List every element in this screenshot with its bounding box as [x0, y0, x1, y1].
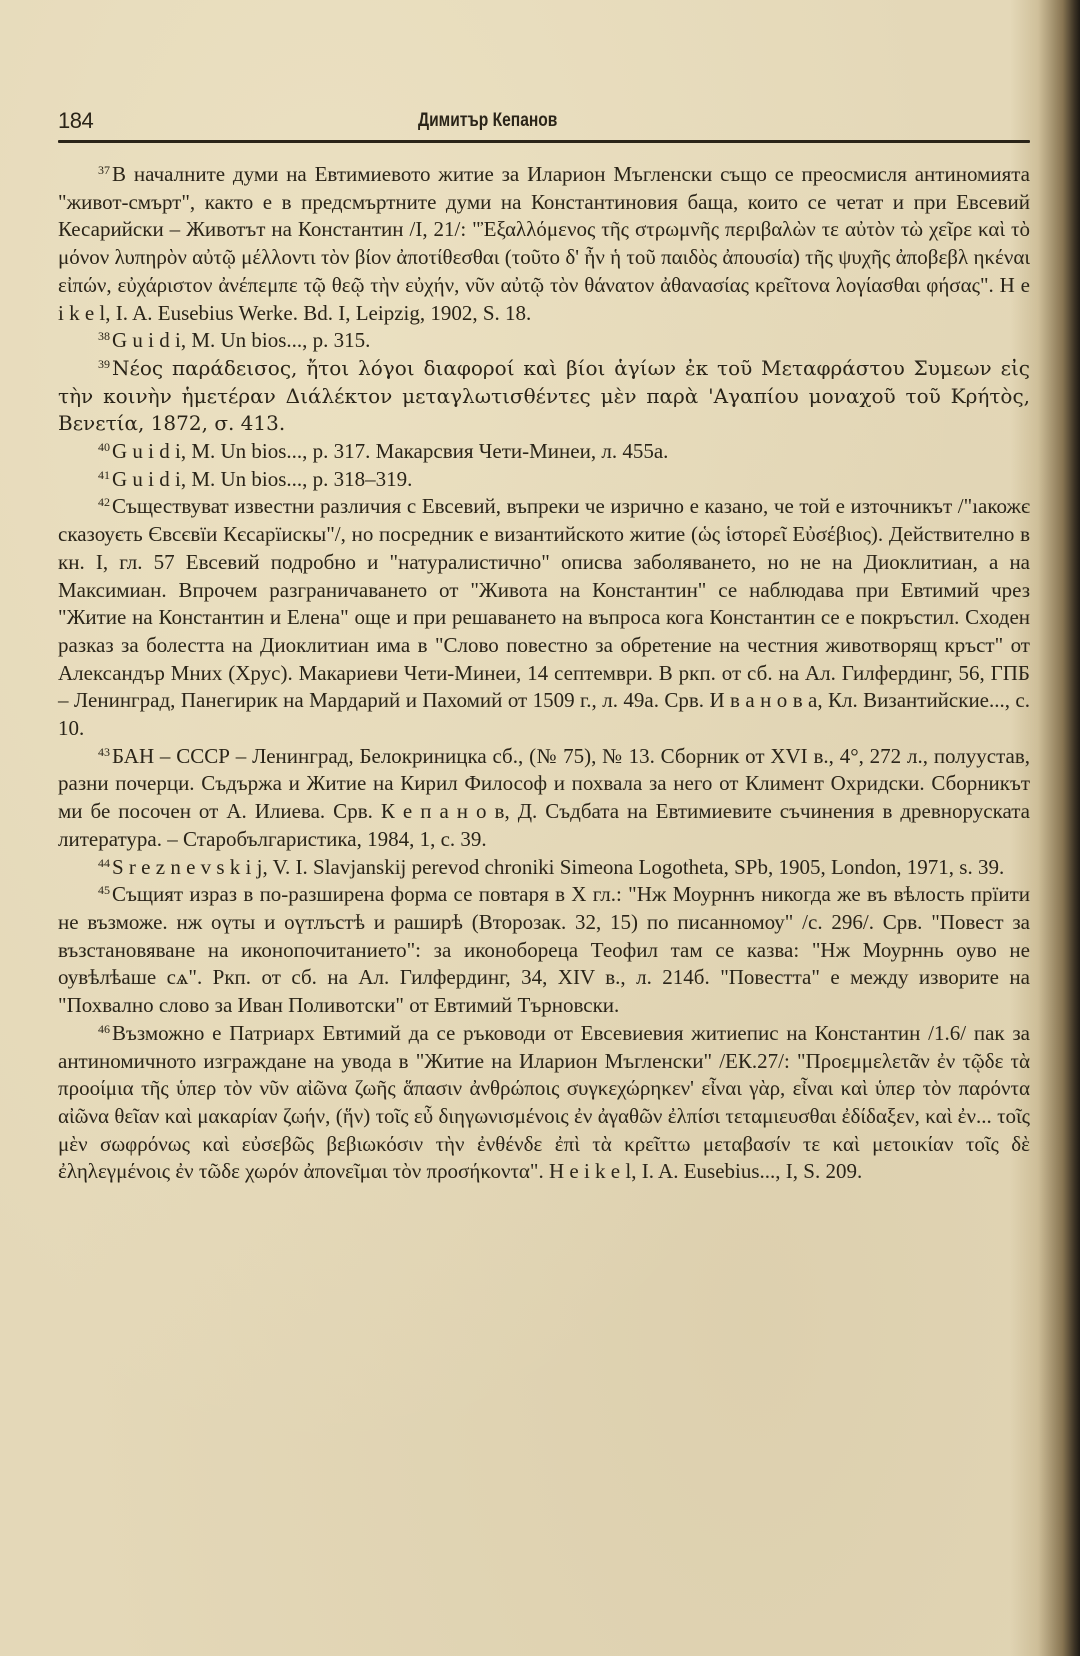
- footnote-number: 41: [98, 468, 110, 482]
- footnote-46: 46Възможно е Патриарх Евтимий да се ръко…: [58, 1020, 1030, 1186]
- book-page: 184 Димитър Кепанов 37В началните думи н…: [58, 100, 1030, 1186]
- footnote-40: 40G u i d i, M. Un bios..., p. 317. Мака…: [58, 438, 1030, 466]
- footnote-text: В началните думи на Евтимиевото житие за…: [58, 162, 1030, 325]
- running-head: 184 Димитър Кепанов: [58, 100, 1030, 134]
- footnote-number: 39: [98, 357, 110, 371]
- footnote-number: 42: [98, 495, 110, 509]
- footnote-text: БАН – СССР – Ленинград, Белокриницка сб.…: [58, 744, 1030, 851]
- footnote-39: 39Νέος παράδεισος, ἤτοι λόγοι διαφοροί κ…: [58, 355, 1030, 438]
- footnote-text: Възможно е Патриарх Евтимий да се ръково…: [58, 1021, 1030, 1184]
- footnote-number: 44: [98, 856, 110, 870]
- footnote-text: G u i d i, M. Un bios..., p. 317. Макарс…: [112, 439, 668, 463]
- footnote-38: 38G u i d i, M. Un bios..., p. 315.: [58, 327, 1030, 355]
- footnote-number: 45: [98, 883, 110, 897]
- footnote-45: 45Същият израз в по-разширена форма се п…: [58, 881, 1030, 1020]
- footnote-text: G u i d i, M. Un bios..., p. 318–319.: [112, 467, 412, 491]
- footnote-44: 44S r e z n e v s k i j, V. I. Slavjansk…: [58, 854, 1030, 882]
- running-title: Димитър Кепанов: [418, 110, 557, 132]
- footnote-text: G u i d i, M. Un bios..., p. 315.: [112, 328, 370, 352]
- footnote-text: S r e z n e v s k i j, V. I. Slavjanskij…: [112, 855, 1004, 879]
- footnote-43: 43БАН – СССР – Ленинград, Белокриницка с…: [58, 743, 1030, 854]
- page-number: 184: [58, 108, 93, 134]
- footnote-41: 41G u i d i, M. Un bios..., p. 318–319.: [58, 466, 1030, 494]
- footnote-number: 43: [98, 745, 110, 759]
- footnotes: 37В началните думи на Евтимиевото житие …: [58, 161, 1030, 1186]
- footnote-number: 40: [98, 440, 110, 454]
- footnote-42: 42Съществуват известни различия с Евсеви…: [58, 493, 1030, 742]
- footnote-number: 46: [98, 1022, 110, 1036]
- footnote-text: Съществуват известни различия с Евсевий,…: [58, 494, 1030, 740]
- header-rule: [58, 140, 1030, 143]
- footnote-number: 37: [98, 163, 110, 177]
- footnote-text: Същият израз в по-разширена форма се пов…: [58, 882, 1030, 1017]
- footnote-number: 38: [98, 329, 110, 343]
- footnote-37: 37В началните думи на Евтимиевото житие …: [58, 161, 1030, 327]
- footnote-text: Νέος παράδεισος, ἤτοι λόγοι διαφοροί καὶ…: [58, 356, 1030, 435]
